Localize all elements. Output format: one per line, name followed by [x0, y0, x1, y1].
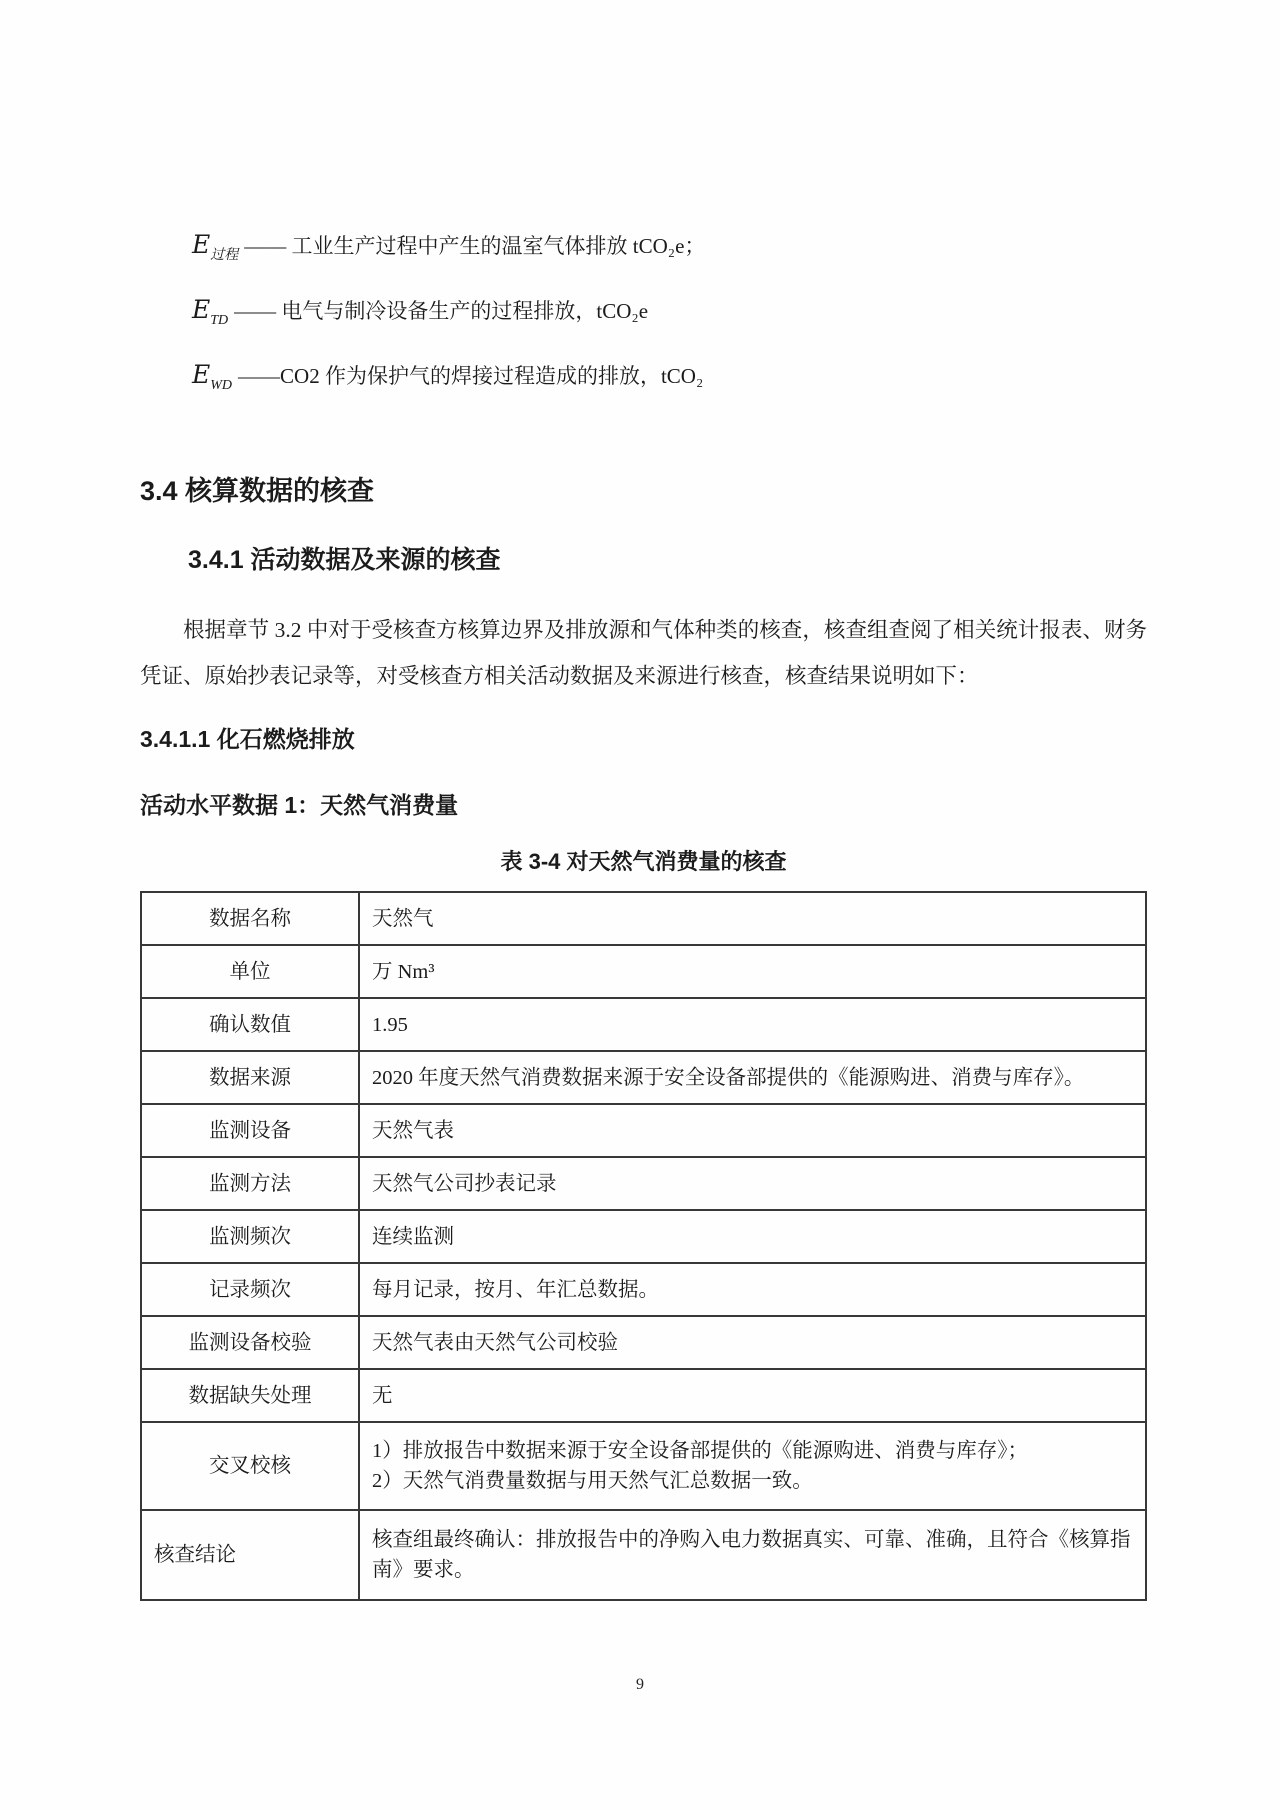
row-value: 2020 年度天然气消费数据来源于安全设备部提供的《能源购进、消费与库存》。: [359, 1051, 1146, 1104]
table-row: 监测设备 天然气表: [141, 1104, 1146, 1157]
table-row: 监测设备校验 天然气表由天然气公司校验: [141, 1316, 1146, 1369]
row-value: 连续监测: [359, 1210, 1146, 1263]
verification-table: 数据名称 天然气 单位 万 Nm³ 确认数值 1.95 数据来源 2020 年度…: [140, 891, 1147, 1601]
formula-line-wd: EWD——CO2 作为保护气的焊接过程造成的排放，tCO₂: [192, 358, 1147, 403]
formula-text: —— 电气与制冷设备生产的过程排放，tCO₂e: [234, 299, 648, 323]
document-page: E过程—— 工业生产过程中产生的温室气体排放 tCO₂e； ETD—— 电气与制…: [0, 0, 1280, 1810]
row-value: 无: [359, 1369, 1146, 1422]
row-label: 确认数值: [141, 998, 359, 1051]
row-value: 1）排放报告中数据来源于安全设备部提供的《能源购进、消费与库存》； 2）天然气消…: [359, 1422, 1146, 1510]
row-label: 数据名称: [141, 892, 359, 945]
row-label: 数据缺失处理: [141, 1369, 359, 1422]
formula-text: —— 工业生产过程中产生的温室气体排放 tCO₂e；: [244, 234, 705, 258]
table-row: 监测频次 连续监测: [141, 1210, 1146, 1263]
row-value: 每月记录，按月、年汇总数据。: [359, 1263, 1146, 1316]
table-row: 交叉校核 1）排放报告中数据来源于安全设备部提供的《能源购进、消费与库存》； 2…: [141, 1422, 1146, 1510]
row-label: 记录频次: [141, 1263, 359, 1316]
formula-subscript: WD: [210, 378, 232, 393]
formula-line-process: E过程—— 工业生产过程中产生的温室气体排放 tCO₂e；: [192, 228, 1147, 273]
row-value: 天然气表: [359, 1104, 1146, 1157]
formula-subscript: TD: [210, 313, 228, 328]
row-value: 天然气公司抄表记录: [359, 1157, 1146, 1210]
table-caption: 表 3-4 对天然气消费量的核查: [140, 847, 1147, 877]
table-row: 核查结论 核查组最终确认：排放报告中的净购入电力数据真实、可靠、准确，且符合《核…: [141, 1510, 1146, 1600]
formula-symbol: E: [192, 360, 210, 389]
table-row: 数据名称 天然气: [141, 892, 1146, 945]
table-row: 记录频次 每月记录，按月、年汇总数据。: [141, 1263, 1146, 1316]
table-row: 监测方法 天然气公司抄表记录: [141, 1157, 1146, 1210]
subsubsection-heading-3-4-1-1: 3.4.1.1 化石燃烧排放: [140, 723, 1147, 755]
formula-line-td: ETD—— 电气与制冷设备生产的过程排放，tCO₂e: [192, 293, 1147, 338]
row-label: 监测设备校验: [141, 1316, 359, 1369]
row-label: 单位: [141, 945, 359, 998]
row-value: 核查组最终确认：排放报告中的净购入电力数据真实、可靠、准确，且符合《核算指南》要…: [359, 1510, 1146, 1600]
row-label: 数据来源: [141, 1051, 359, 1104]
subsection-heading-3-4-1: 3.4.1 活动数据及来源的核查: [188, 543, 1147, 577]
section-heading-3-4: 3.4 核算数据的核查: [140, 473, 1147, 509]
formula-block: E过程—— 工业生产过程中产生的温室气体排放 tCO₂e； ETD—— 电气与制…: [192, 228, 1147, 403]
body-paragraph: 根据章节 3.2 中对于受核查方核算边界及排放源和气体种类的核查，核查组查阅了相…: [140, 607, 1147, 699]
row-value: 1.95: [359, 998, 1146, 1051]
row-label: 监测频次: [141, 1210, 359, 1263]
activity-data-heading: 活动水平数据 1：天然气消费量: [140, 789, 1147, 821]
row-label: 监测方法: [141, 1157, 359, 1210]
formula-symbol: E: [192, 230, 210, 259]
formula-symbol: E: [192, 295, 210, 324]
row-label: 监测设备: [141, 1104, 359, 1157]
row-label: 交叉校核: [141, 1422, 359, 1510]
row-value: 天然气表由天然气公司校验: [359, 1316, 1146, 1369]
table-row: 数据缺失处理 无: [141, 1369, 1146, 1422]
table-row: 单位 万 Nm³: [141, 945, 1146, 998]
table-row: 数据来源 2020 年度天然气消费数据来源于安全设备部提供的《能源购进、消费与库…: [141, 1051, 1146, 1104]
row-label: 核查结论: [141, 1510, 359, 1600]
page-number: 9: [0, 1676, 1280, 1694]
formula-text: ——CO2 作为保护气的焊接过程造成的排放，tCO₂: [238, 364, 703, 388]
row-value: 万 Nm³: [359, 945, 1146, 998]
row-value: 天然气: [359, 892, 1146, 945]
table-row: 确认数值 1.95: [141, 998, 1146, 1051]
formula-subscript: 过程: [210, 248, 238, 263]
